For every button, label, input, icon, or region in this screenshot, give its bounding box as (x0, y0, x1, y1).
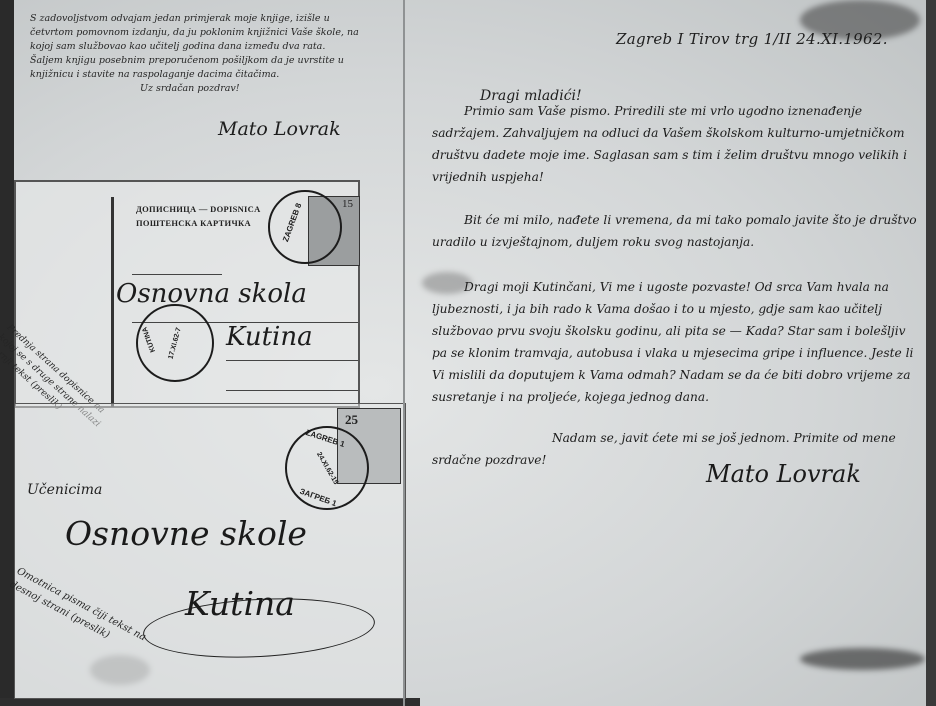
postcard-header-line2: ПОШТЕНСКА КАРТИЧКА (136, 216, 261, 230)
photo-edge-bottom (0, 698, 420, 706)
envelope-postmark-origin: ZAGREB 1 (305, 428, 346, 449)
envelope-postmark-date: 24.XI.62-15 (315, 451, 339, 486)
postcard-address-line2: Kutina (226, 322, 313, 352)
address-line (132, 274, 222, 275)
letter-dateline: Zagreb I Tirov trg 1/II 24.XI.1962. (616, 30, 888, 48)
letter-paragraph: Primio sam Vaše pismo. Priredili ste mi … (432, 100, 922, 188)
letter-left-border (403, 0, 405, 706)
address-line (226, 360, 358, 361)
postmark-zagreb-icon: ZAGREB 8 (268, 190, 342, 264)
postcard-stamp-value: 15 (342, 198, 353, 210)
letter-paragraph: Bit će mi milo, nađete li vremena, da mi… (432, 209, 922, 253)
envelope-address-line1: Osnovne skole (65, 514, 307, 553)
postmark-kutina-name: KUTINA (141, 326, 157, 353)
postmark-origin: ZAGREB 8 (281, 202, 303, 243)
postcard: ДОПИСНИЦА — DOPISNICA ПОШТЕНСКА КАРТИЧКА… (14, 180, 360, 408)
author-note-body: S zadovoljstvom odvajam jedan primjerak … (30, 13, 359, 80)
envelope-postmark-lower: ЗАГРЕБ 1 (299, 487, 338, 509)
postcard-address-line1: Osnovna skola (116, 279, 307, 309)
envelope-address-line2: Kutina (185, 584, 295, 623)
envelope: 25 ZAGREB 1 24.XI.62-15 ЗАГРЕБ 1 Učenici… (14, 403, 406, 699)
address-line (226, 390, 358, 391)
author-note-closing: Uz srdačan pozdrav! (30, 82, 360, 96)
postmark-kutina-date: 17.XI.62-7 (167, 326, 182, 359)
letter: Zagreb I Tirov trg 1/II 24.XI.1962. Drag… (420, 0, 930, 706)
document-photo: S zadovoljstvom odvajam jedan primjerak … (0, 0, 936, 706)
author-note-signature: Mato Lovrak (218, 118, 341, 140)
postcard-divider (111, 197, 114, 407)
postcard-header: ДОПИСНИЦА — DOPISNICA ПОШТЕНСКА КАРТИЧКА (136, 202, 261, 230)
author-note: S zadovoljstvom odvajam jedan primjerak … (30, 12, 360, 96)
letter-paragraph: Dragi moji Kutinčani, Vi me i ugoste poz… (432, 276, 922, 408)
letter-signature: Mato Lovrak (706, 460, 861, 488)
postcard-header-line1: ДОПИСНИЦА — DOPISNICA (136, 202, 261, 216)
postmark-kutina-icon: 17.XI.62-7 KUTINA (136, 304, 214, 382)
envelope-stamp-value: 25 (345, 412, 358, 428)
envelope-recipient-label: Učenicima (27, 482, 102, 498)
postmark-zagreb1-icon: ZAGREB 1 24.XI.62-15 ЗАГРЕБ 1 (285, 426, 369, 510)
